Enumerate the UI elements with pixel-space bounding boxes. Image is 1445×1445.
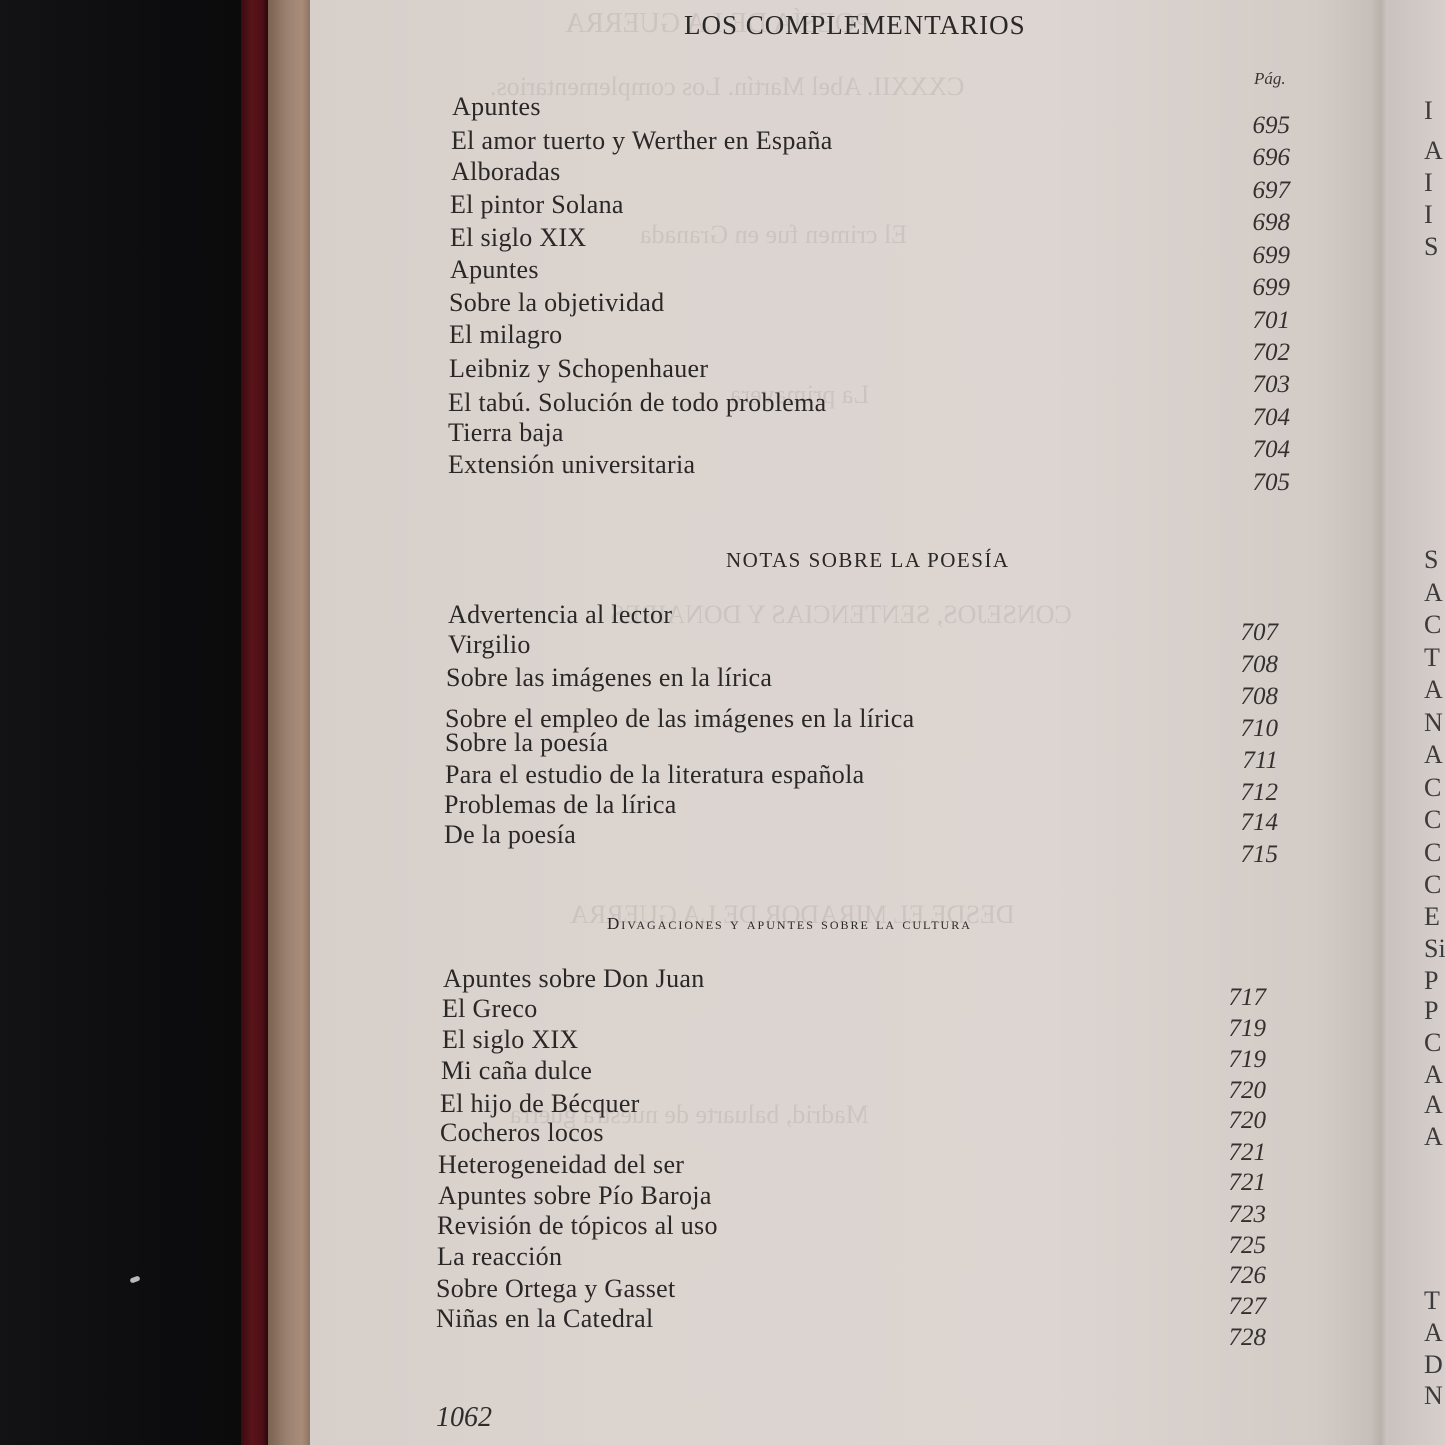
toc-entry-title: Heterogeneidad del ser [438,1152,684,1178]
facing-page-letter: A [1424,1092,1443,1118]
toc-entry-title: Sobre Ortega y Gasset [436,1276,676,1302]
toc-entry-title: Apuntes sobre Pío Baroja [438,1183,712,1209]
book-cover-edge [241,0,268,1445]
toc-entry-page: 715 [1198,842,1278,867]
toc-entry-title: La reacción [437,1244,562,1270]
toc-entry-title: Advertencia al lector [448,602,672,628]
toc-entry-title: Problemas de la lírica [444,792,677,818]
bleed-through-text: CONSEJOS, SENTENCIAS Y DONAIRES [610,600,1072,630]
facing-page-letter: T [1424,645,1440,671]
facing-page-letter: E [1424,904,1440,930]
toc-entry-page: 702 [1210,340,1290,365]
toc-entry-page: 696 [1210,145,1290,170]
toc-entry-page: 727 [1186,1294,1266,1319]
bleed-through-text: El crimen fue en Granada [640,220,907,250]
toc-entry-page: 712 [1198,780,1278,805]
toc-entry-page: 695 [1210,113,1290,138]
toc-entry-page: 707 [1198,620,1278,645]
toc-entry-page: 708 [1198,652,1278,677]
bleed-through-text: CXXXII. Abel Martín. Los complementarios… [490,72,964,102]
book-page: POESÍA DE LA GUERRA CXXXII. Abel Martín.… [310,0,1370,1445]
page-column-label: Pág. [1254,70,1286,87]
toc-entry-page: 708 [1198,684,1278,709]
toc-entry-page: 723 [1186,1202,1266,1227]
toc-entry-title: El hijo de Bécquer [440,1091,640,1117]
toc-entry-page: 714 [1198,810,1278,835]
toc-entry-page: 705 [1210,470,1290,495]
facing-page-letter: A [1424,580,1443,606]
toc-entry-title: Cocheros locos [440,1120,604,1146]
toc-entry-page: 721 [1186,1140,1266,1165]
toc-entry-title: De la poesía [444,822,576,848]
toc-entry-page: 699 [1210,243,1290,268]
toc-entry-title: Leibniz y Schopenhauer [449,356,708,382]
facing-page-letter: I [1424,98,1433,124]
toc-entry-title: Niñas en la Catedral [436,1306,654,1332]
toc-entry-title: Extensión universitaria [448,452,695,478]
facing-page-letter: C [1424,775,1441,801]
facing-page-letter: P [1424,968,1438,994]
facing-page-letter: I [1424,202,1433,228]
photo-scene: POESÍA DE LA GUERRA CXXXII. Abel Martín.… [0,0,1445,1445]
toc-entry-title: Sobre la objetividad [449,290,664,316]
toc-entry-title: El pintor Solana [450,192,624,218]
facing-page-letter: N [1424,1383,1443,1409]
facing-page-letter: C [1424,807,1441,833]
facing-page-letter: A [1424,138,1443,164]
facing-page-letter: N [1424,710,1443,736]
facing-page-letter: A [1424,1124,1443,1150]
dark-background [0,0,244,1445]
toc-entry-title: El amor tuerto y Werther en España [451,128,833,154]
toc-entry-title: Apuntes [452,94,541,120]
toc-entry-page: 699 [1210,275,1290,300]
toc-entry-page: 720 [1186,1078,1266,1103]
toc-entry-page: 725 [1186,1233,1266,1258]
toc-entry-page: 720 [1186,1108,1266,1133]
facing-page-letter: D [1424,1352,1443,1378]
toc-entry-page: 726 [1186,1263,1266,1288]
toc-entry-title: Virgilio [448,632,531,658]
facing-page-letter: S [1424,234,1438,260]
facing-page-letter: C [1424,1030,1441,1056]
facing-page-letter: A [1424,742,1443,768]
toc-entry-title: El tabú. Solución de todo problema [448,390,826,416]
toc-entry-page: 697 [1210,178,1290,203]
toc-entry-title: Sobre las imágenes en la lírica [446,665,772,691]
facing-page-letter: T [1424,1288,1440,1314]
page-block-edges [268,0,310,1445]
toc-entry-page: 704 [1210,405,1290,430]
facing-page-letter: C [1424,840,1441,866]
book-gutter [1370,0,1388,1445]
toc-entry-title: Para el estudio de la literatura español… [445,762,864,788]
section-heading: NOTAS SOBRE LA POESÍA [726,550,1010,571]
facing-page: I A I I S S A C T A N A C C C C E Si P P… [1388,0,1445,1445]
toc-entry-title: Apuntes sobre Don Juan [443,966,705,992]
running-heading: LOS COMPLEMENTARIOS [684,12,1026,39]
page-number: 1062 [436,1404,492,1432]
toc-entry-page: 719 [1186,1047,1266,1072]
toc-entry-page: 710 [1198,716,1278,741]
toc-entry-title: Tierra baja [448,420,564,446]
section-heading: Divagaciones y apuntes sobre la cultura [607,915,972,932]
toc-entry-title: Sobre la poesía [445,730,608,756]
facing-page-letter: Si [1424,936,1445,962]
facing-page-letter: A [1424,1320,1443,1346]
toc-entry-page: 719 [1186,1016,1266,1041]
toc-entry-title: El siglo XIX [450,225,586,251]
toc-entry-page: 698 [1210,210,1290,235]
facing-page-letter: C [1424,612,1441,638]
facing-page-letter: I [1424,170,1433,196]
toc-entry-page: 728 [1186,1325,1266,1350]
facing-page-letter: S [1424,547,1438,573]
facing-page-letter: A [1424,677,1443,703]
toc-entry-page: 701 [1210,308,1290,333]
toc-entry-title: El milagro [449,322,562,348]
toc-entry-title: Revisión de tópicos al uso [437,1213,718,1239]
toc-entry-title: El Greco [442,996,538,1022]
toc-entry-page: 711 [1198,748,1278,773]
toc-entry-title: Apuntes [450,257,539,283]
toc-entry-title: Mi caña dulce [441,1058,592,1084]
toc-entry-title: El siglo XIX [442,1027,578,1053]
facing-page-letter: C [1424,872,1441,898]
facing-page-letter: A [1424,1062,1443,1088]
toc-entry-title: Alboradas [451,159,561,185]
toc-entry-page: 721 [1186,1170,1266,1195]
toc-entry-page: 717 [1186,985,1266,1010]
toc-entry-page: 704 [1210,437,1290,462]
facing-page-letter: P [1424,998,1438,1024]
toc-entry-page: 703 [1210,372,1290,397]
